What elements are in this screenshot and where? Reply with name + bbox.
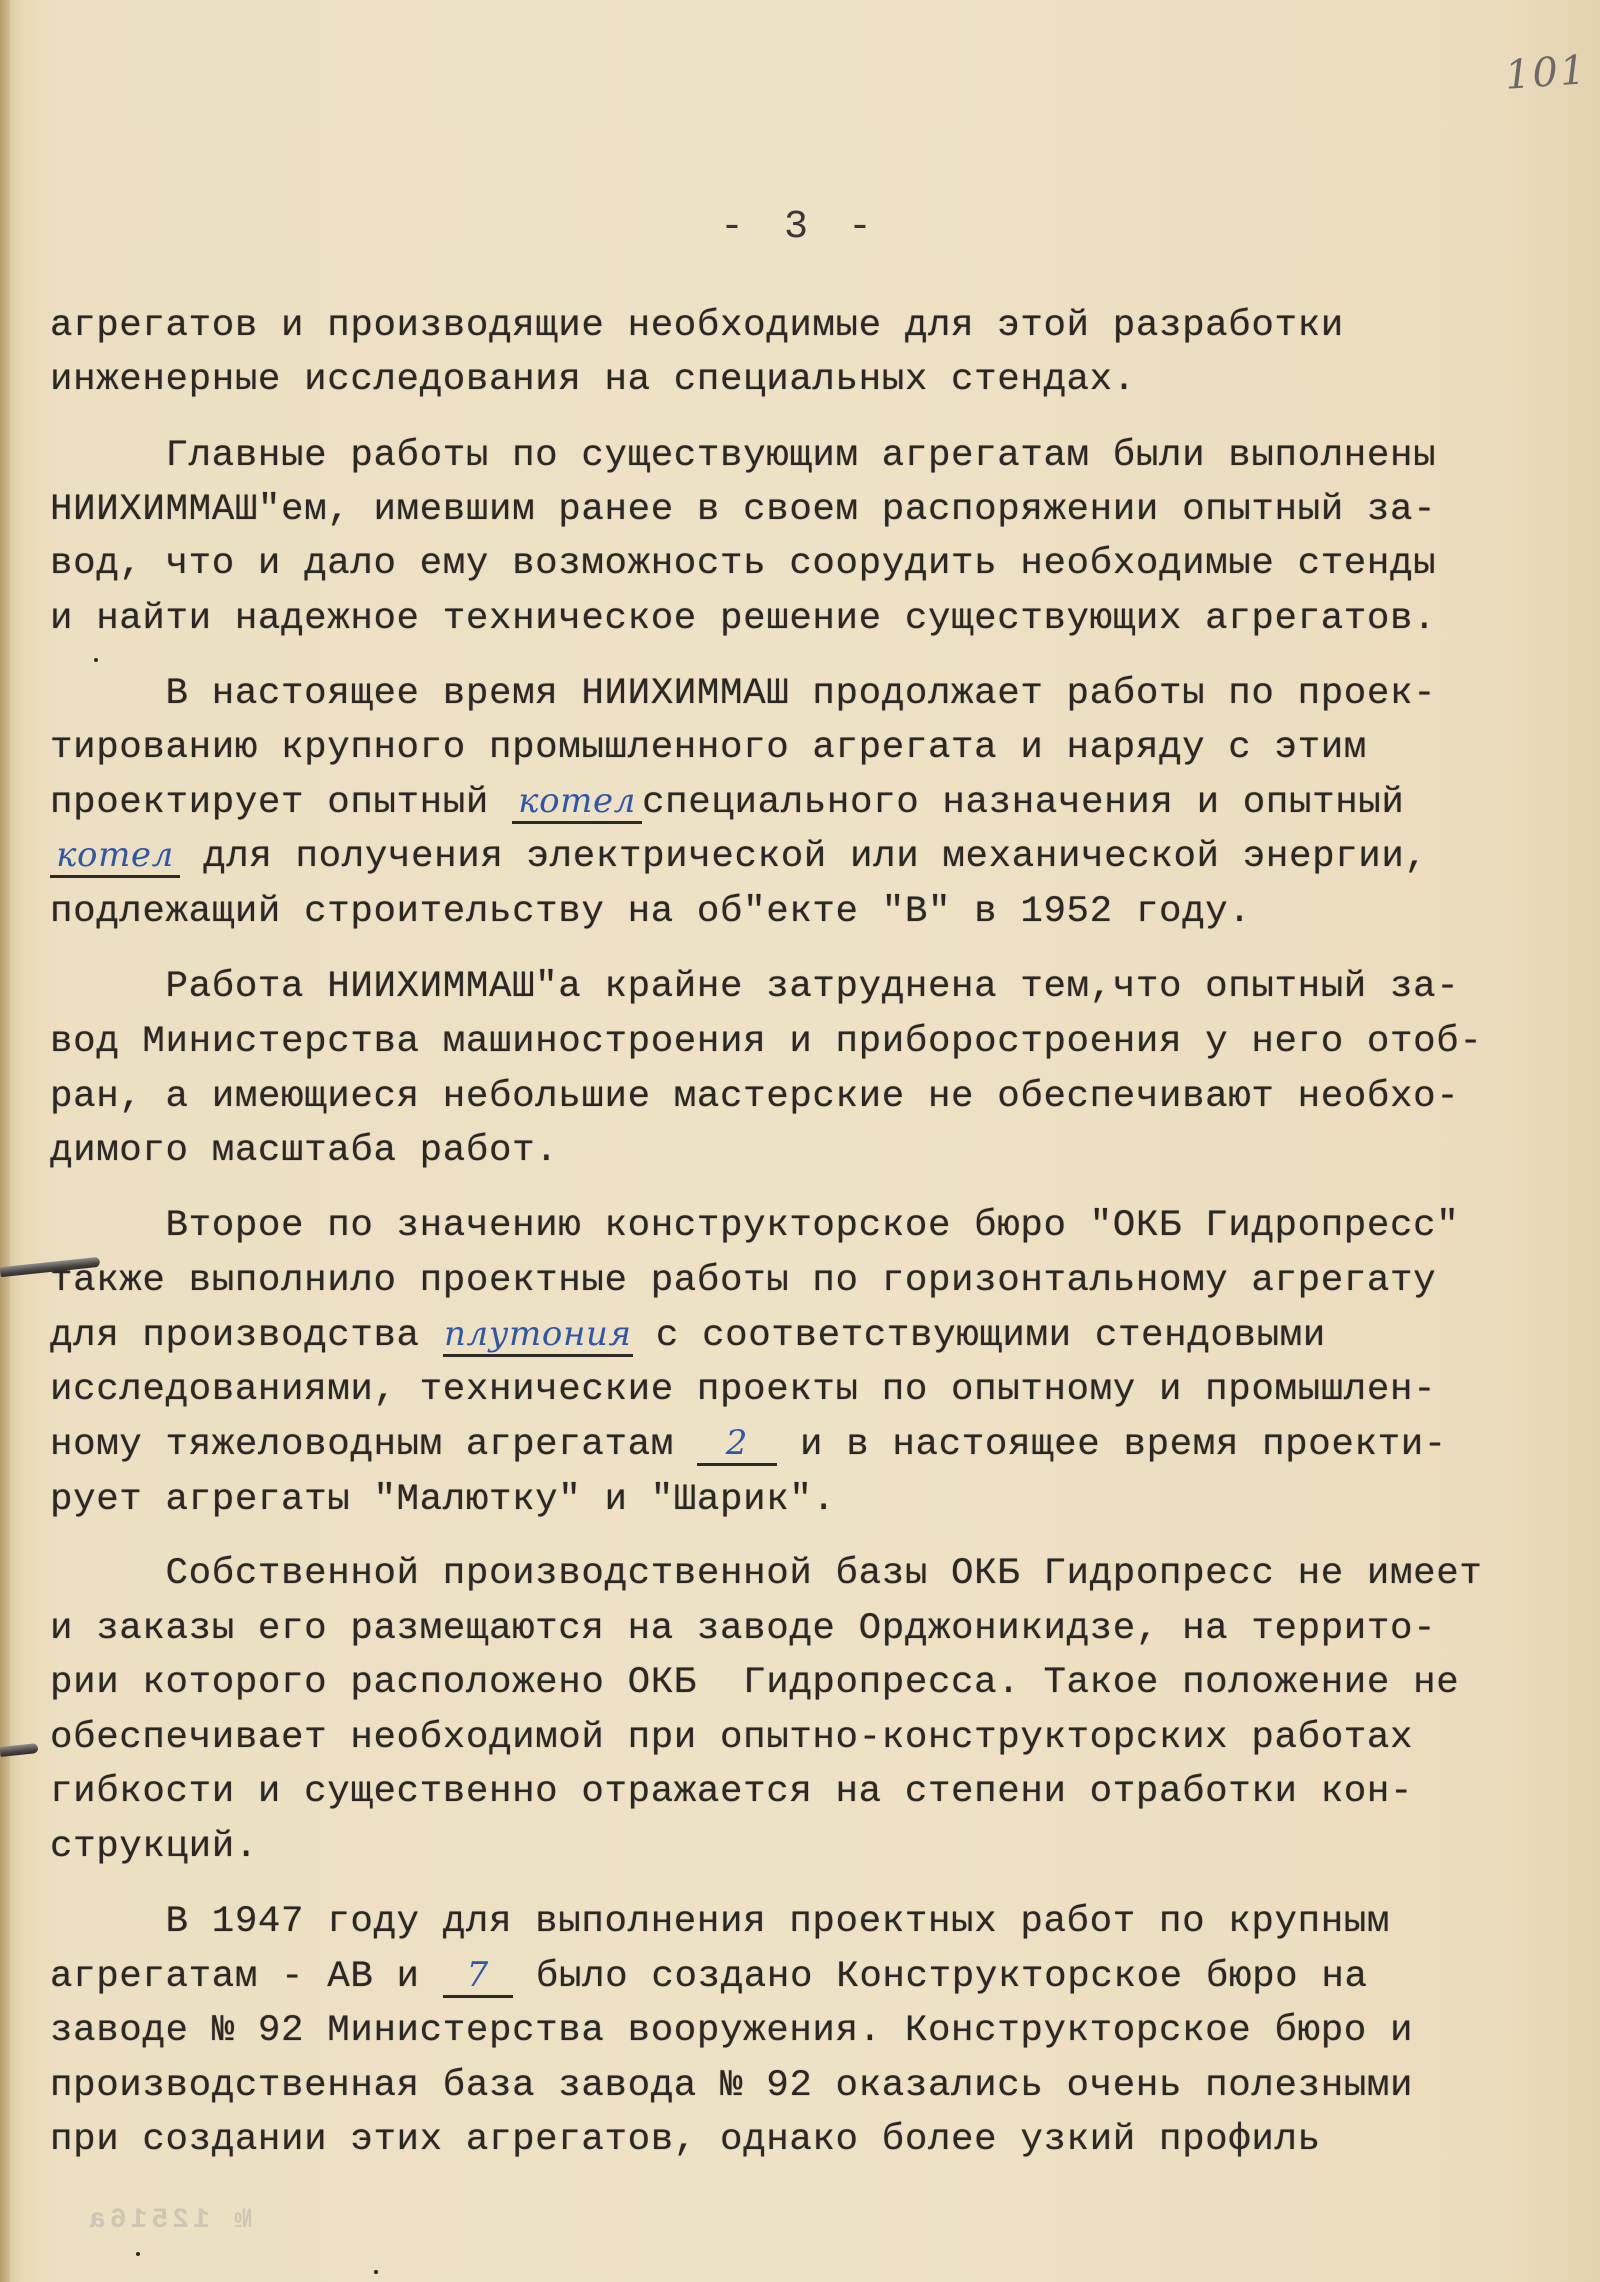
text-line: ному тяжеловодным агрегатам 2 и в настоя… bbox=[50, 1419, 1447, 1471]
text-line: ран, а имеющиеся небольшие мастерские не… bbox=[50, 1071, 1459, 1123]
paper-speck bbox=[136, 2252, 140, 2256]
paper-speck bbox=[94, 658, 98, 662]
typed-text: подлежащий строительству на об"екте "В" … bbox=[50, 891, 1251, 933]
text-line: рии которого расположено ОКБ Гидропресса… bbox=[50, 1657, 1459, 1709]
handwritten-insertion: котел bbox=[512, 781, 642, 824]
typed-text: рует агрегаты "Малютку" и "Шарик". bbox=[50, 1479, 836, 1521]
typed-text: Работа НИИХИММАШ"а крайне затруднена тем… bbox=[50, 966, 1459, 1008]
typed-text: заводе № 92 Министерства вооружения. Кон… bbox=[50, 2010, 1413, 2052]
typed-text: рии которого расположено ОКБ Гидропресса… bbox=[50, 1662, 1459, 1704]
document-page: 101 - 3 - агрегатов и производящие необх… bbox=[0, 0, 1600, 2282]
typed-text: также выполнило проектные работы по гори… bbox=[50, 1260, 1436, 1302]
typed-text: и в настоящее время проекти- bbox=[777, 1424, 1447, 1466]
typed-text: Второе по значению конструкторское бюро … bbox=[50, 1205, 1459, 1247]
paper-speck bbox=[374, 2270, 378, 2274]
text-line: при создании этих агрегатов, однако боле… bbox=[50, 2114, 1321, 2166]
typed-text: было создано Конструкторское бюро на bbox=[513, 1956, 1368, 1998]
typed-text: ран, а имеющиеся небольшие мастерские не… bbox=[50, 1076, 1459, 1118]
typed-text: с соответствующими стендовыми bbox=[633, 1315, 1326, 1357]
typed-text: и найти надежное техническое решение сущ… bbox=[50, 598, 1436, 640]
text-line: струкций. bbox=[50, 1821, 258, 1873]
typed-text: специального назначения и опытный bbox=[642, 782, 1404, 824]
text-line: рует агрегаты "Малютку" и "Шарик". bbox=[50, 1474, 836, 1526]
binding-edge bbox=[0, 0, 10, 2282]
typed-text: и заказы его размещаются на заводе Орджо… bbox=[50, 1608, 1436, 1650]
text-line: инженерные исследования на специальных с… bbox=[50, 354, 1136, 406]
text-line: Второе по значению конструкторское бюро … bbox=[50, 1200, 1459, 1252]
typed-text: НИИХИММАШ"ем, имевшим ранее в своем расп… bbox=[50, 489, 1436, 531]
typed-text: исследованиями, технические проекты по о… bbox=[50, 1369, 1436, 1411]
text-line: вод Министерства машиностроения и прибор… bbox=[50, 1016, 1482, 1068]
typed-text: В настоящее время НИИХИММАШ продолжает р… bbox=[50, 673, 1436, 715]
ghost-stamp: № 12516а bbox=[85, 2205, 251, 2236]
text-line: заводе № 92 Министерства вооружения. Кон… bbox=[50, 2005, 1413, 2057]
text-line: Работа НИИХИММАШ"а крайне затруднена тем… bbox=[50, 961, 1459, 1013]
text-line: вод, что и дало ему возможность соорудит… bbox=[50, 538, 1436, 590]
handwritten-insertion: котел bbox=[50, 835, 180, 878]
typed-text: В 1947 году для выполнения проектных раб… bbox=[50, 1901, 1390, 1943]
typed-text: ному тяжеловодным агрегатам bbox=[50, 1424, 697, 1466]
folio-number: 101 bbox=[1503, 47, 1588, 99]
typed-text: инженерные исследования на специальных с… bbox=[50, 359, 1136, 401]
typed-text: вод Министерства машиностроения и прибор… bbox=[50, 1021, 1482, 1063]
typed-text: агрегатов и производящие необходимые для… bbox=[50, 305, 1344, 347]
typed-text: Главные работы по существующим агрегатам… bbox=[50, 435, 1436, 477]
typed-text: струкций. bbox=[50, 1826, 258, 1868]
text-line: для производства плутония с соответствую… bbox=[50, 1310, 1326, 1362]
typed-text: для производства bbox=[50, 1315, 443, 1357]
text-line: НИИХИММАШ"ем, имевшим ранее в своем расп… bbox=[50, 484, 1436, 536]
typed-text: тированию крупного промышленного агрегат… bbox=[50, 727, 1367, 769]
text-line: димого масштаба работ. bbox=[50, 1125, 558, 1177]
typed-text: агрегатам - АВ и bbox=[50, 1956, 443, 1998]
typed-text: вод, что и дало ему возможность соорудит… bbox=[50, 543, 1436, 585]
text-line: гибкости и существенно отражается на сте… bbox=[50, 1766, 1413, 1818]
handwritten-insertion: 2 bbox=[697, 1423, 777, 1466]
text-line: производственная база завода № 92 оказал… bbox=[50, 2060, 1413, 2112]
text-line: В настоящее время НИИХИММАШ продолжает р… bbox=[50, 668, 1436, 720]
text-line: обеспечивает необходимой при опытно-конс… bbox=[50, 1712, 1413, 1764]
text-line: В 1947 году для выполнения проектных раб… bbox=[50, 1896, 1390, 1948]
text-line: агрегатам - АВ и 7 было создано Конструк… bbox=[50, 1951, 1368, 2003]
typed-text: при создании этих агрегатов, однако боле… bbox=[50, 2119, 1321, 2161]
handwritten-insertion: плутония bbox=[443, 1314, 633, 1357]
typed-text: гибкости и существенно отражается на сте… bbox=[50, 1771, 1413, 1813]
text-line: агрегатов и производящие необходимые для… bbox=[50, 300, 1344, 352]
text-line: тированию крупного промышленного агрегат… bbox=[50, 722, 1367, 774]
text-line: Собственной производственной базы ОКБ Ги… bbox=[50, 1548, 1482, 1600]
text-line: Главные работы по существующим агрегатам… bbox=[50, 430, 1436, 482]
typed-text: димого масштаба работ. bbox=[50, 1130, 558, 1172]
handwritten-insertion: 7 bbox=[443, 1955, 513, 1998]
text-line: проектирует опытный котелспециального на… bbox=[50, 777, 1405, 829]
text-line: котел для получения электрической или ме… bbox=[50, 831, 1428, 883]
text-line: и заказы его размещаются на заводе Орджо… bbox=[50, 1603, 1436, 1655]
page-number: - 3 - bbox=[0, 205, 1600, 250]
typed-text: проектирует опытный bbox=[50, 782, 512, 824]
text-line: также выполнило проектные работы по гори… bbox=[50, 1255, 1436, 1307]
text-line: и найти надежное техническое решение сущ… bbox=[50, 593, 1436, 645]
text-line: исследованиями, технические проекты по о… bbox=[50, 1364, 1436, 1416]
typed-text: производственная база завода № 92 оказал… bbox=[50, 2065, 1413, 2107]
typed-text: для получения электрической или механиче… bbox=[180, 836, 1428, 878]
typed-text: Собственной производственной базы ОКБ Ги… bbox=[50, 1553, 1482, 1595]
typed-text: обеспечивает необходимой при опытно-конс… bbox=[50, 1717, 1413, 1759]
text-line: подлежащий строительству на об"екте "В" … bbox=[50, 886, 1251, 938]
